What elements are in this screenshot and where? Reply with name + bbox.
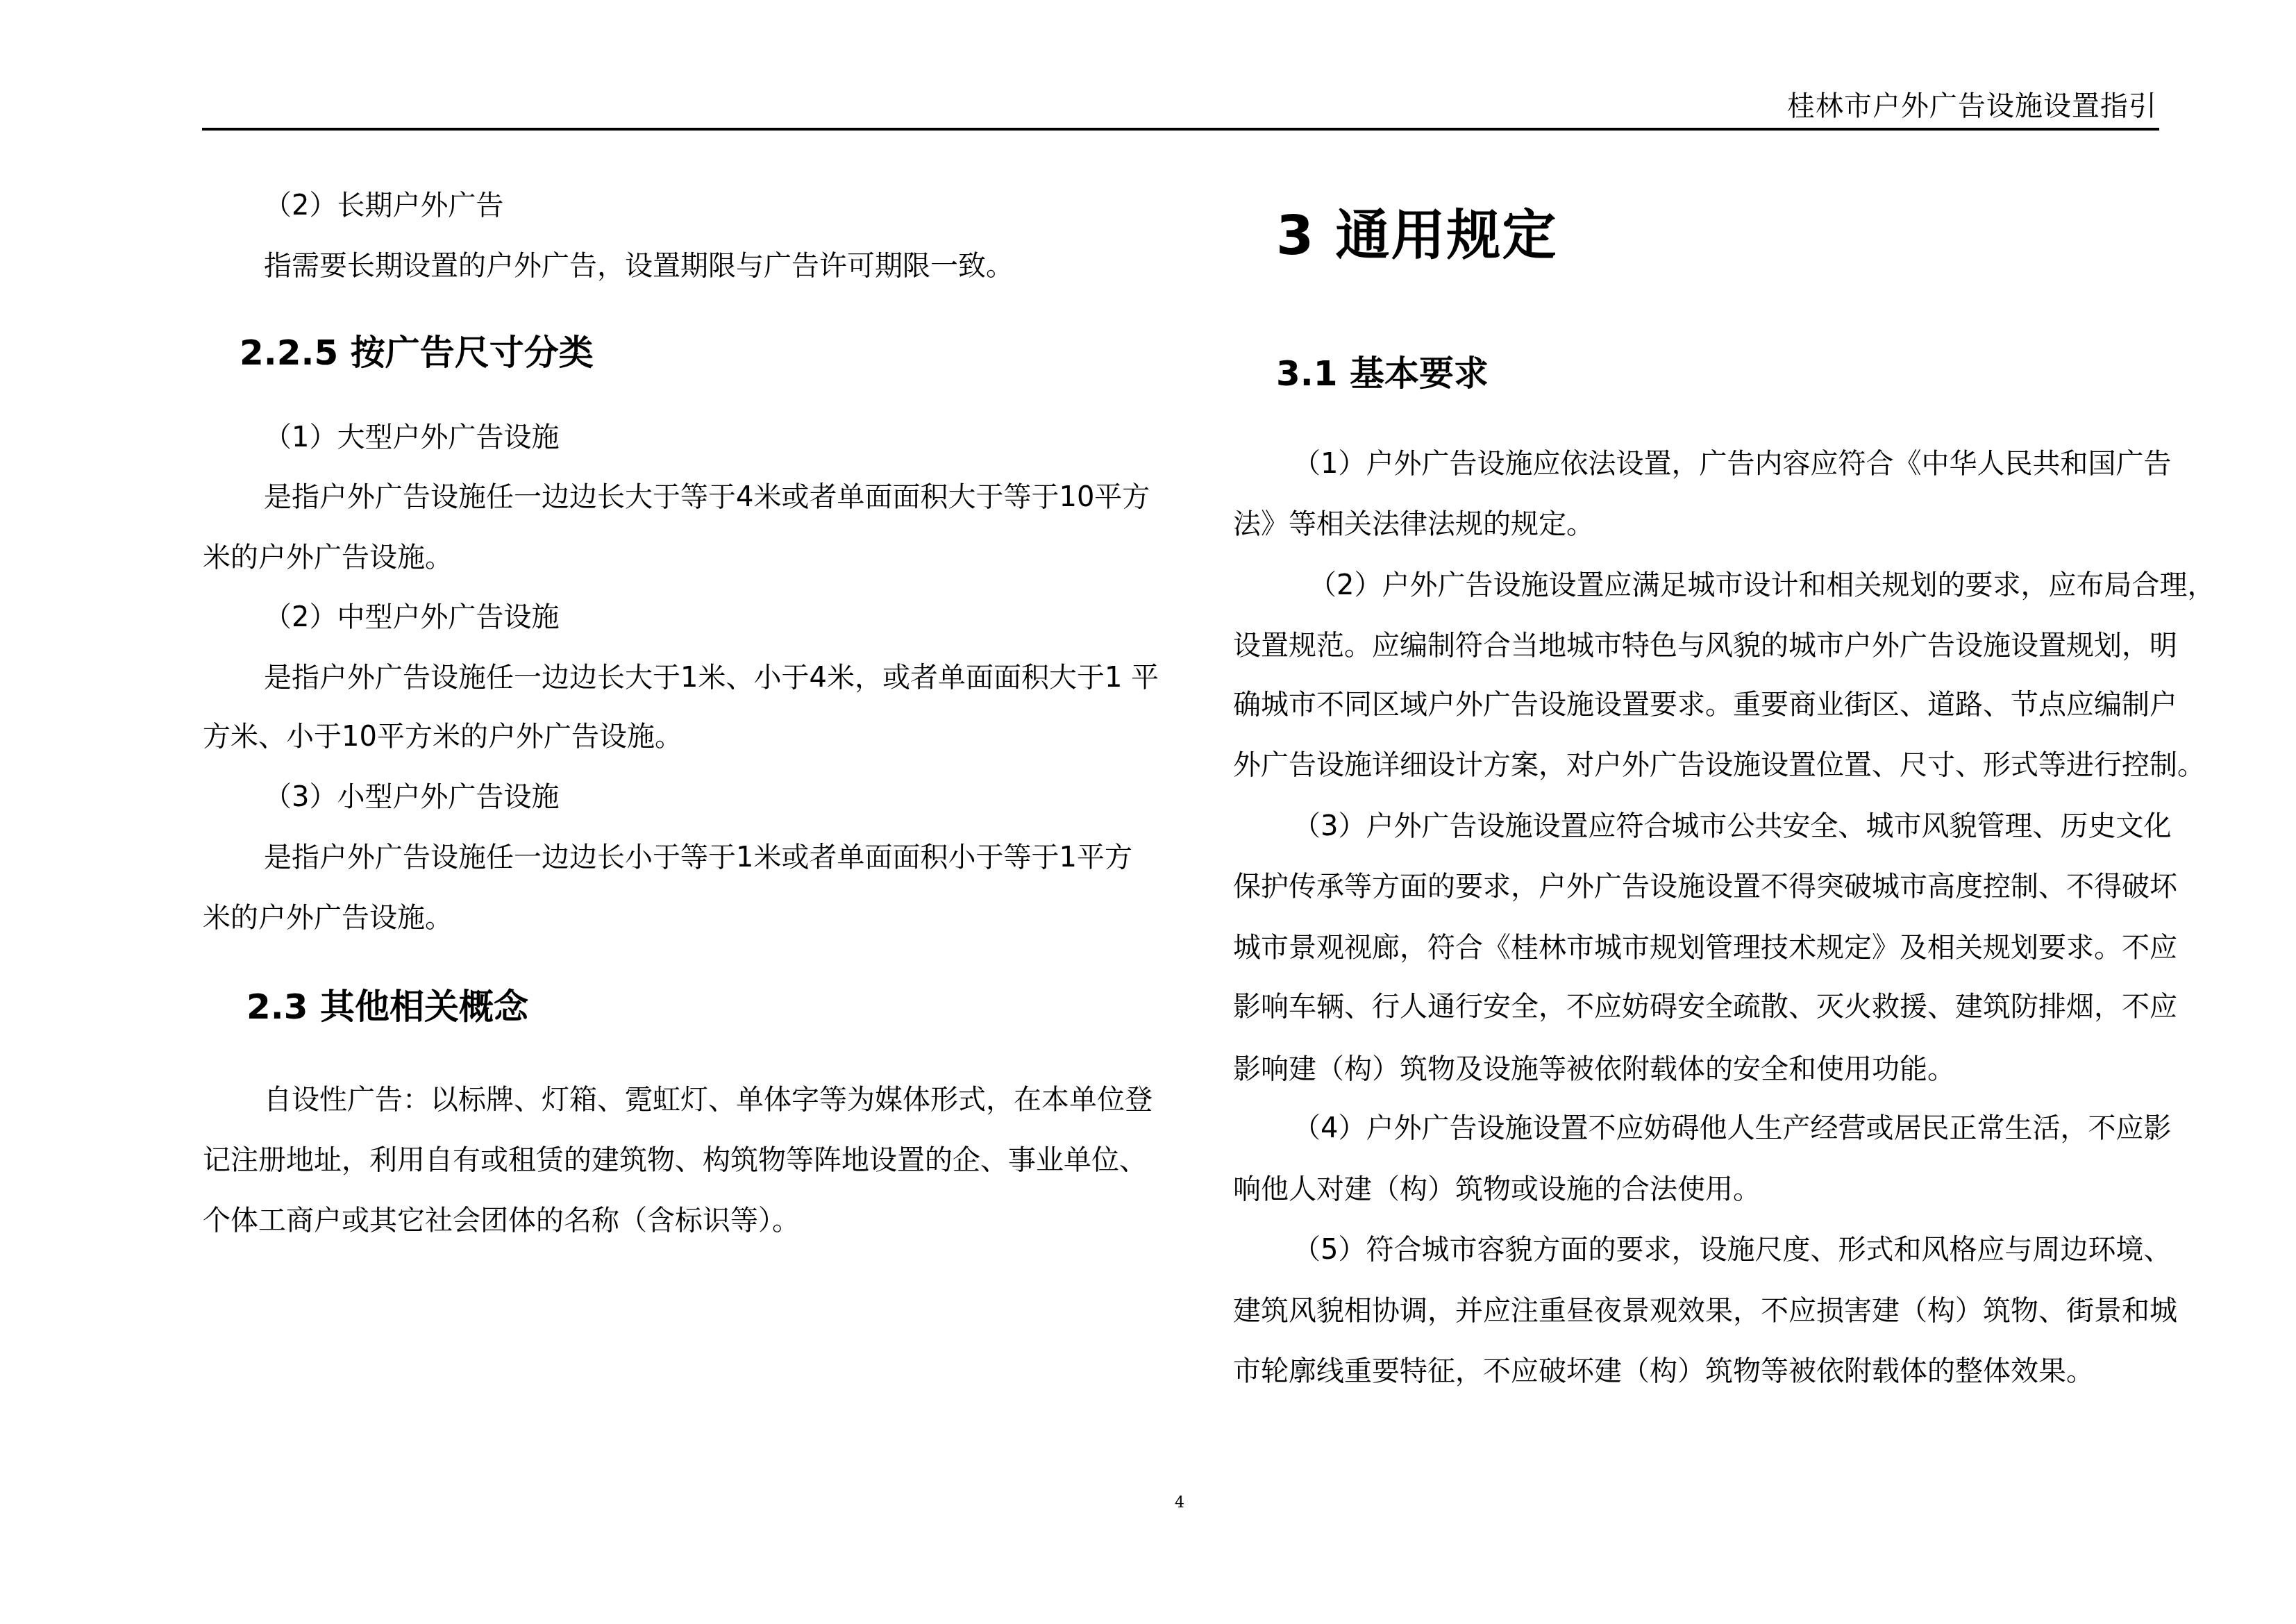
list-item-heading: （2）中型户外广告设施 — [264, 599, 559, 635]
paragraph-line: 方米、小于10平方米的户外广告设施。 — [203, 719, 682, 755]
paragraph-line: 是指户外广告设施任一边边长大于等于4米或者单面面积大于等于10平方 — [264, 479, 1150, 515]
page-number: 4 — [1175, 1493, 1184, 1514]
paragraph-line: 建筑风貌相协调，并应注重昼夜景观效果，不应损害建（构）筑物、街景和城 — [1233, 1293, 2177, 1329]
paragraph-line: （5）符合城市容貌方面的要求，设施尺度、形式和风格应与周边环境、 — [1293, 1232, 2171, 1268]
paragraph-line: 法》等相关法律法规的规定。 — [1233, 506, 1594, 542]
paragraph-line: 记注册地址，利用自有或租赁的建筑物、构筑物等阵地设置的企、事业单位、 — [203, 1142, 1147, 1178]
chapter-heading-3: 3 通用规定 — [1276, 205, 1557, 267]
paragraph-line: 是指户外广告设施任一边边长小于等于1米或者单面面积小于等于1平方 — [264, 839, 1132, 876]
paragraph-line: 个体工商户或其它社会团体的名称（含标识等）。 — [203, 1203, 800, 1239]
paragraph-line: 米的户外广告设施。 — [203, 900, 453, 936]
paragraph-line: （4）户外广告设施设置不应妨碍他人生产经营或居民正常生活，不应影 — [1293, 1110, 2171, 1146]
section-heading-3-1: 3.1 基本要求 — [1276, 353, 1489, 394]
paragraph-line: 影响建（构）筑物及设施等被依附载体的安全和使用功能。 — [1233, 1051, 1955, 1087]
header-title: 桂林市户外广告设施设置指引 — [1787, 89, 2157, 124]
paragraph-line: 城市景观视廊，符合《桂林市城市规划管理技术规定》及相关规划要求。不应 — [1233, 930, 2177, 966]
paragraph-line: 响他人对建（构）筑物或设施的合法使用。 — [1233, 1171, 1761, 1207]
section-heading-2-2-5: 2.2.5 按广告尺寸分类 — [240, 332, 594, 374]
paragraph-line: 市轮廓线重要特征，不应破坏建（构）筑物等被依附载体的整体效果。 — [1233, 1353, 2094, 1389]
paragraph-line: 是指户外广告设施任一边边长大于1米、小于4米，或者单面面积大于1 平 — [264, 660, 1159, 696]
paragraph-line: 米的户外广告设施。 — [203, 539, 453, 576]
paragraph-line: 保护传承等方面的要求，户外广告设施设置不得突破城市高度控制、不得破坏 — [1233, 869, 2177, 905]
section-heading-2-3: 2.3 其他相关概念 — [246, 986, 528, 1028]
paragraph-line: 外广告设施详细设计方案，对户外广告设施设置位置、尺寸、形式等进行控制。 — [1233, 747, 2205, 783]
list-item-heading: （1）大型户外广告设施 — [264, 419, 559, 455]
paragraph-line: 设置规范。应编制符合当地城市特色与风貌的城市户外广告设施设置规划，明 — [1233, 628, 2177, 664]
list-item-heading: （2）长期户外广告 — [264, 187, 503, 224]
list-item-heading: （3）小型户外广告设施 — [264, 779, 559, 815]
paragraph-line: （3）户外广告设施设置应符合城市公共安全、城市风貌管理、历史文化 — [1293, 808, 2171, 844]
paragraph-line: 自设性广告：以标牌、灯箱、霓虹灯、单体字等为媒体形式，在本单位登 — [264, 1082, 1153, 1118]
paragraph-line: （1）户外广告设施应依法设置，广告内容应符合《中华人民共和国广告 — [1293, 446, 2171, 482]
header-divider — [202, 128, 2159, 131]
paragraph-line: （2）户外广告设施设置应满足城市设计和相关规划的要求，应布局合理， — [1309, 567, 2215, 603]
paragraph-line: 确城市不同区域户外广告设施设置要求。重要商业街区、道路、节点应编制户 — [1233, 687, 2177, 723]
paragraph: 指需要长期设置的户外广告，设置期限与广告许可期限一致。 — [264, 248, 1014, 284]
paragraph-line: 影响车辆、行人通行安全，不应妨碍安全疏散、灭火救援、建筑防排烟，不应 — [1233, 989, 2177, 1025]
